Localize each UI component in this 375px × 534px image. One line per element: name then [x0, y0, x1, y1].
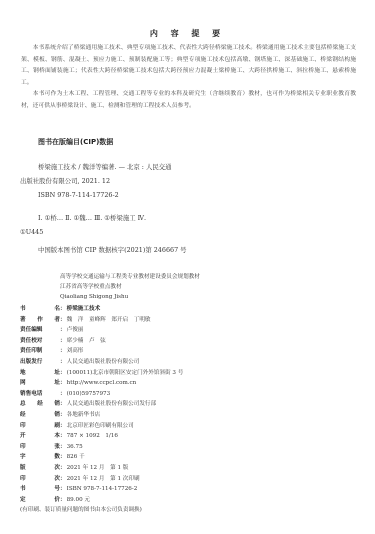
field-label-char: 责任编辑: [20, 325, 42, 336]
cip-classification-2: ①U445: [20, 225, 250, 239]
field-label-char: 总: [20, 399, 26, 410]
publication-info: 书名：桥梁施工技术著作者：魏 洋 童峰辉 郑开启 丁明敏责任编辑：卢俊丽责任校对…: [20, 304, 280, 516]
field-label: 出版发行: [20, 357, 60, 368]
field-label: 书号: [20, 484, 60, 495]
cip-library-record: 中国版本图书馆 CIP 数据核字(2021)第 246667 号: [20, 243, 250, 257]
summary-title: 内 容 提 要: [0, 28, 375, 39]
field-label-char: 责任校对: [20, 336, 42, 347]
publication-field-row: 印刷：北京印匠彩色印刷有限公司: [20, 421, 280, 432]
publication-field-row: 责任校对：席少楠 卢 弦: [20, 336, 280, 347]
field-value: 787 × 1092 1/16: [66, 431, 118, 442]
pinyin-title: Qiaoliang Shigong Jishu: [60, 293, 200, 303]
field-label: 经销: [20, 410, 60, 421]
publication-field-row: 书号：ISBN 978-7-114-17726-2: [20, 484, 280, 495]
publication-field-row: 销售电话：(010)59757973: [20, 389, 280, 400]
field-label-char: 销售电话: [20, 389, 42, 400]
field-value: 卢俊丽: [66, 325, 84, 336]
publication-field-row: 印次：2021 年 12 月 第 1 次印刷: [20, 474, 280, 485]
field-label: 网址: [20, 378, 60, 389]
field-label-char: 书: [20, 484, 26, 495]
field-label: 责任校对: [20, 336, 60, 347]
field-label: 地址: [20, 368, 60, 379]
publication-field-row: 印张：36.75: [20, 442, 280, 453]
field-value: 人民交通出版社股份有限公司发行部: [66, 399, 157, 410]
publication-field-row: 网址：http://www.ccpcl.com.cn: [20, 378, 280, 389]
field-value: 刘高彤: [66, 346, 84, 357]
cip-isbn: ISBN 978-7-114-17726-2: [20, 188, 250, 202]
field-value: 席少楠 卢 弦: [66, 336, 106, 347]
field-label-char: 印: [20, 421, 26, 432]
publication-field-row: 著作者：魏 洋 童峰辉 郑开启 丁明敏: [20, 315, 280, 326]
publication-field-row: 出版发行：人民交通出版社股份有限公司: [20, 357, 280, 368]
series-line-2: 江苏省高等学校重点教材: [60, 283, 200, 293]
cip-data-block: 桥梁施工技术 / 魏洋等编著. — 北京 : 人民交通 出版社股份有限公司, 2…: [20, 160, 250, 257]
field-label: 开本: [20, 431, 60, 442]
field-label: 销售电话: [20, 389, 60, 400]
field-label-char: 地: [20, 368, 26, 379]
field-label: 定价: [20, 495, 60, 506]
summary-paragraph-1: 本书系统介绍了桥梁通用施工技术、典型专项施工技术、代表性大跨径桥梁施工技术。桥梁…: [21, 43, 356, 89]
field-value: 826 千: [66, 452, 85, 463]
cip-classification-1: Ⅰ. ①桥… Ⅱ. ①魏… Ⅲ. ①桥梁施工 Ⅳ.: [20, 211, 250, 225]
publication-field-row: 版次：2021 年 12 月 第 1 版: [20, 463, 280, 474]
field-value: http://www.ccpcl.com.cn: [66, 378, 137, 389]
cip-line-1: 桥梁施工技术 / 魏洋等编著. — 北京 : 人民交通: [20, 160, 250, 174]
field-label-char: 字: [20, 452, 26, 463]
publication-field-row: 字数：826 千: [20, 452, 280, 463]
copyright-page: 内 容 提 要 本书系统介绍了桥梁通用施工技术、典型专项施工技术、代表性大跨径桥…: [0, 0, 375, 534]
field-label-char: 网: [20, 378, 26, 389]
field-value: 36.75: [66, 442, 83, 453]
publication-field-row: 地址：(100011)北京市朝阳区安定门外外馆斜街 3 号: [20, 368, 280, 379]
field-label-char: 开: [20, 431, 26, 442]
field-value: ISBN 978-7-114-17726-2: [66, 484, 138, 495]
field-value: 2021 年 12 月 第 1 次印刷: [66, 474, 140, 485]
field-value: 北京印匠彩色印刷有限公司: [66, 421, 134, 432]
field-label-char: 印: [20, 442, 26, 453]
field-label-char: 著: [20, 315, 26, 326]
series-info: 高等学校交通运输与工程类专业教材建设委员会规划教材 江苏省高等学校重点教材 Qi…: [60, 273, 200, 302]
field-value: (010)59757973: [66, 389, 111, 400]
publication-field-row: 责任印制：刘高彤: [20, 346, 280, 357]
field-label: 总经销: [20, 399, 60, 410]
field-label-char: 作: [37, 315, 43, 326]
field-label-char: 版: [20, 463, 26, 474]
quality-notice: (有印刷、装订质量问题的图书由本公司负责调换): [20, 505, 280, 516]
publication-field-row: 责任编辑：卢俊丽: [20, 325, 280, 336]
field-value: 人民交通出版社股份有限公司: [66, 357, 140, 368]
cip-title: 图书在版编目(CIP)数据: [38, 137, 113, 147]
summary-paragraph-2: 本书可作为土木工程、工程管理、交通工程等专业的本科及研究生（含继续教育）教材，也…: [21, 89, 356, 112]
field-label: 印次: [20, 474, 60, 485]
field-label-char: 责任印制: [20, 346, 42, 357]
field-label-char: 书: [20, 304, 26, 315]
field-label: 印张: [20, 442, 60, 453]
field-label: 字数: [20, 452, 60, 463]
field-value: 2021 年 12 月 第 1 版: [66, 463, 129, 474]
publication-field-row: 总经销：人民交通出版社股份有限公司发行部: [20, 399, 280, 410]
field-label: 版次: [20, 463, 60, 474]
field-label-char: 出版发行: [20, 357, 42, 368]
series-line-1: 高等学校交通运输与工程类专业教材建设委员会规划教材: [60, 273, 200, 283]
publication-field-row: 书名：桥梁施工技术: [20, 304, 280, 315]
field-label: 印刷: [20, 421, 60, 432]
publication-field-row: 开本：787 × 1092 1/16: [20, 431, 280, 442]
publication-field-row: 定价：89.00 元: [20, 495, 280, 506]
field-value: (100011)北京市朝阳区安定门外外馆斜街 3 号: [66, 368, 184, 379]
field-label-char: 经: [20, 410, 26, 421]
field-label-char: 定: [20, 495, 26, 506]
summary-body: 本书系统介绍了桥梁通用施工技术、典型专项施工技术、代表性大跨径桥梁施工技术。桥梁…: [21, 43, 356, 112]
field-label-char: 印: [20, 474, 26, 485]
publication-field-row: 经销：各地新华书店: [20, 410, 280, 421]
field-label: 责任印制: [20, 346, 60, 357]
cip-line-2: 出版社股份有限公司, 2021. 12: [20, 174, 250, 188]
field-label: 书名: [20, 304, 60, 315]
field-value: 89.00 元: [66, 495, 90, 506]
field-value: 各地新华书店: [66, 410, 101, 421]
field-label-char: 经: [37, 399, 43, 410]
field-label: 著作者: [20, 315, 60, 326]
field-value: 魏 洋 童峰辉 郑开启 丁明敏: [66, 315, 151, 326]
field-label: 责任编辑: [20, 325, 60, 336]
field-value: 桥梁施工技术: [66, 304, 101, 315]
